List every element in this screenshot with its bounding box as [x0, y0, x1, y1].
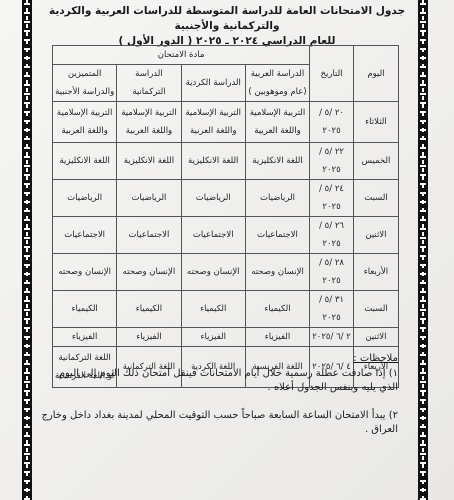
- header-kurdish: الدراسة الكردية: [181, 65, 245, 102]
- decorative-border-left: [22, 0, 32, 500]
- header-arabic: الدراسة العربية (عام وموهوبين ): [245, 65, 309, 102]
- cell-day: السبت: [353, 291, 398, 328]
- cell-day: الاثنين: [353, 328, 398, 347]
- exam-schedule-table: اليوم التاريخ مادة الامتحان الدراسة العر…: [52, 45, 399, 388]
- cell-arabic: الإنسان وصحته: [245, 254, 309, 291]
- decorative-border-right: [418, 0, 428, 500]
- cell-arabic: الكيمياء: [245, 291, 309, 328]
- header-date: التاريخ: [310, 46, 354, 102]
- cell-day: الخميس: [353, 143, 398, 180]
- cell-distinguished: الإنسان وصحته: [53, 254, 117, 291]
- cell-kurdish: الاجتماعيات: [181, 217, 245, 254]
- cell-day: السبت: [353, 180, 398, 217]
- cell-day: الأربعاء: [353, 254, 398, 291]
- cell-turkmen: التربية الإسلامية واللغة العربية: [117, 102, 181, 143]
- cell-kurdish: الفيزياء: [181, 328, 245, 347]
- cell-date: ٢ /٦ /٢٠٢٥: [310, 328, 354, 347]
- table-row: السبت ٣١ /٥ /٢٠٢٥ الكيمياء الكيمياء الكي…: [53, 291, 399, 328]
- cell-distinguished: التربية الإسلامية واللغة العربية: [53, 102, 117, 143]
- cell-turkmen: اللغة الانكليزية: [117, 143, 181, 180]
- cell-turkmen: الفيزياء: [117, 328, 181, 347]
- cell-turkmen: الكيمياء: [117, 291, 181, 328]
- cell-kurdish: التربية الإسلامية واللغة العربية: [181, 102, 245, 143]
- cell-turkmen: الرياضيات: [117, 180, 181, 217]
- cell-day: الاثنين: [353, 217, 398, 254]
- table-row: الثلاثاء ٢٠ /٥ /٢٠٢٥ التربية الإسلامية و…: [53, 102, 399, 143]
- table-row: الاثنين ٢ /٦ /٢٠٢٥ الفيزياء الفيزياء الف…: [53, 328, 399, 347]
- cell-distinguished: الكيمياء: [53, 291, 117, 328]
- table-row: الخميس ٢٢ /٥ /٢٠٢٥ اللغة الانكليزية اللغ…: [53, 143, 399, 180]
- cell-kurdish: الرياضيات: [181, 180, 245, 217]
- notes-heading: ملاحظات :: [40, 352, 398, 366]
- cell-date: ٢٢ /٥ /٢٠٢٥: [310, 143, 354, 180]
- header-subject-group: مادة الامتحان: [53, 46, 310, 65]
- title-line-1: جدول الامتحانات العامة للدراسة المتوسطة …: [49, 5, 405, 32]
- cell-date: ٢٤ /٥ /٢٠٢٥: [310, 180, 354, 217]
- cell-kurdish: الكيمياء: [181, 291, 245, 328]
- note-item-2: ٢) يبدأ الامتحان الساعة السابعة صباحاً ح…: [40, 409, 398, 437]
- cell-date: ٣١ /٥ /٢٠٢٥: [310, 291, 354, 328]
- cell-arabic: اللغة الانكليزية: [245, 143, 309, 180]
- cell-arabic: التربية الإسلامية واللغة العربية: [245, 102, 309, 143]
- cell-arabic: الاجتماعيات: [245, 217, 309, 254]
- header-row-top: اليوم التاريخ مادة الامتحان: [53, 46, 399, 65]
- cell-kurdish: اللغة الانكليزية: [181, 143, 245, 180]
- header-day: اليوم: [353, 46, 398, 102]
- cell-date: ٢٠ /٥ /٢٠٢٥: [310, 102, 354, 143]
- table-row: الأربعاء ٢٨ /٥ /٢٠٢٥ الإنسان وصحته الإنس…: [53, 254, 399, 291]
- note-item-1: ١) إذا صادفت عطلة رسمية خلال أيام الامتح…: [40, 367, 398, 395]
- cell-arabic: الفيزياء: [245, 328, 309, 347]
- cell-distinguished: الاجتماعيات: [53, 217, 117, 254]
- cell-distinguished: الفيزياء: [53, 328, 117, 347]
- cell-distinguished: الرياضيات: [53, 180, 117, 217]
- document-page: جدول الامتحانات العامة للدراسة المتوسطة …: [0, 0, 454, 500]
- header-distinguished: المتميزين والدراسة الأجنبية: [53, 65, 117, 102]
- notes-section: ملاحظات : ١) إذا صادفت عطلة رسمية خلال أ…: [40, 352, 398, 437]
- cell-arabic: الرياضيات: [245, 180, 309, 217]
- cell-day: الثلاثاء: [353, 102, 398, 143]
- table-row: الاثنين ٢٦ /٥ /٢٠٢٥ الاجتماعيات الاجتماع…: [53, 217, 399, 254]
- cell-turkmen: الإنسان وصحته: [117, 254, 181, 291]
- table-row: السبت ٢٤ /٥ /٢٠٢٥ الرياضيات الرياضيات ال…: [53, 180, 399, 217]
- document-title: جدول الامتحانات العامة للدراسة المتوسطة …: [40, 4, 414, 49]
- cell-date: ٢٨ /٥ /٢٠٢٥: [310, 254, 354, 291]
- header-turkmen: الدراسة التركمانية: [117, 65, 181, 102]
- cell-date: ٢٦ /٥ /٢٠٢٥: [310, 217, 354, 254]
- cell-kurdish: الإنسان وصحته: [181, 254, 245, 291]
- cell-distinguished: اللغة الانكليزية: [53, 143, 117, 180]
- cell-turkmen: الاجتماعيات: [117, 217, 181, 254]
